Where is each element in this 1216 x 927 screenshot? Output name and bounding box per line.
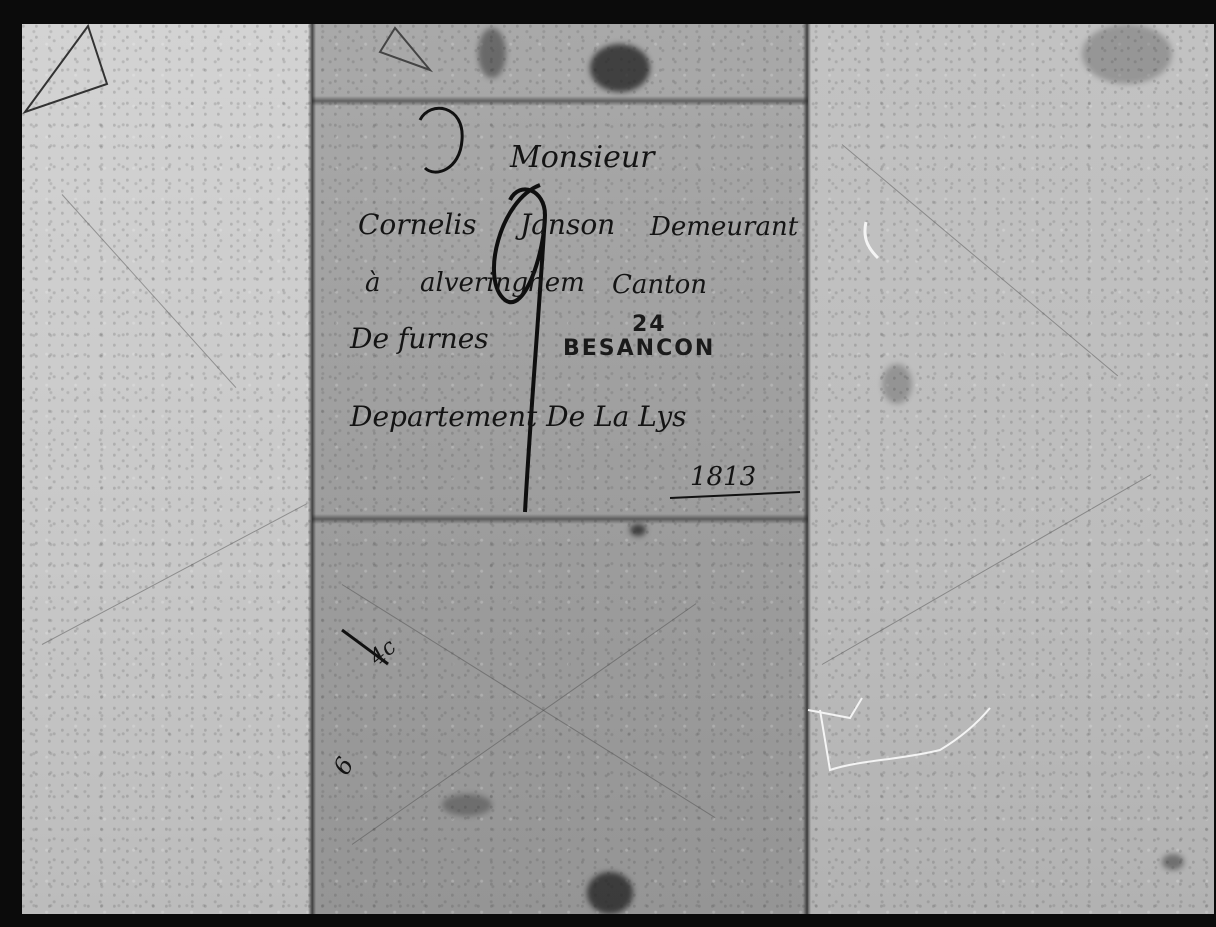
postmark-town: BESANCON: [563, 336, 715, 361]
stain: [882, 364, 912, 404]
address-department: Departement De La Lys: [350, 400, 687, 433]
fold-line-left: [308, 24, 316, 914]
fold-line-right: [803, 24, 811, 914]
fold-line-middle: [312, 514, 808, 524]
fold-line-top: [312, 96, 808, 106]
address-recipient-name: Cornelis: [358, 208, 477, 241]
letter-year: 1813: [690, 462, 756, 492]
stain: [442, 794, 492, 816]
address-line-monsieur: Monsieur: [510, 140, 655, 175]
address-recipient-surname: Janson: [520, 208, 615, 241]
stain: [1082, 24, 1172, 84]
seal-stain: [590, 44, 650, 92]
tear-shadow: [587, 872, 633, 914]
address-town: De furnes: [350, 322, 489, 355]
seal-stain: [478, 28, 506, 78]
scanned-letter: Monsieur Cornelis Janson Demeurant à alv…: [0, 0, 1216, 927]
address-canton: Canton: [612, 270, 707, 300]
address-prefix: à: [365, 268, 381, 298]
stain: [1162, 854, 1184, 870]
address-village: alveringhem: [420, 268, 585, 298]
address-demeurant: Demeurant: [650, 212, 798, 242]
ink-spot: [630, 524, 646, 536]
postmark-number: 24: [632, 312, 667, 337]
